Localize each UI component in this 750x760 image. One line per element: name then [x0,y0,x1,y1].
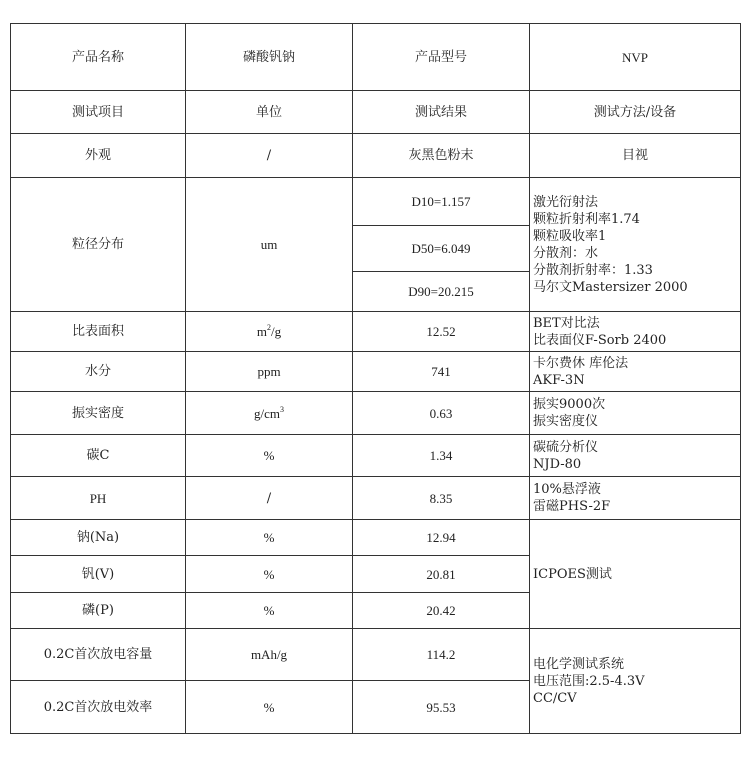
method-line: 卡尔费休 库伦法 [533,355,740,372]
method-cell: 振实9000次 振实密度仪 [530,392,741,435]
table-row-capacity: 0.2C首次放电容量 mAh/g 114.2 电化学测试系统 电压范围:2.5-… [11,629,741,681]
item-cell: 0.2C首次放电效率 [11,681,186,734]
result-cell: 1.34 [353,435,530,477]
unit-cell: mAh/g [186,629,353,681]
method-line: AKF-3N [533,372,740,389]
unit-cell: % [186,435,353,477]
table-row-tap-density: 振实密度 g/cm3 0.63 振实9000次 振实密度仪 [11,392,741,435]
method-line: CC/CV [533,690,740,707]
method-cell: 卡尔费休 库伦法 AKF-3N [530,352,741,392]
method-line: 雷磁PHS-2F [533,498,740,515]
result-cell: 0.63 [353,392,530,435]
method-line: 颗粒折射利率1.74 [533,211,740,228]
method-line: 振实密度仪 [533,413,740,430]
result-cell: 8.35 [353,477,530,520]
method-line: 10%悬浮液 [533,481,740,498]
unit-cell: % [186,556,353,593]
method-line: 分散剂折射率：1.33 [533,262,740,279]
method-line: 振实9000次 [533,396,740,413]
method-line: 电压范围:2.5-4.3V [533,673,740,690]
item-cell: PH [11,477,186,520]
result-cell-d50: D50=6.049 [353,226,530,272]
method-line: 分散剂：水 [533,245,740,262]
method-line: 碳硫分析仪 [533,439,740,456]
item-cell: 外观 [11,134,186,178]
item-cell: 磷(P) [11,593,186,629]
column-header-item: 测试项目 [11,91,186,134]
unit-cell: % [186,520,353,556]
product-model-value: NVP [530,24,741,91]
unit-cell: um [186,178,353,312]
table-row-moisture: 水分 ppm 741 卡尔费休 库伦法 AKF-3N [11,352,741,392]
unit-cell: / [186,134,353,178]
table-header-row: 测试项目 单位 测试结果 测试方法/设备 [11,91,741,134]
result-cell: 741 [353,352,530,392]
unit-cell: g/cm3 [186,392,353,435]
item-cell: 钠(Na) [11,520,186,556]
table-row-psd: 粒径分布 um D10=1.157 激光衍射法 颗粒折射利率1.74 颗粒吸收率… [11,178,741,226]
table-row-ph: PH / 8.35 10%悬浮液 雷磁PHS-2F [11,477,741,520]
column-header-unit: 单位 [186,91,353,134]
method-cell-icp: ICPOES测试 [530,520,741,629]
unit-cell: % [186,681,353,734]
method-line: 马尔文Mastersizer 2000 [533,279,740,296]
unit-cell: % [186,593,353,629]
table-row-sodium: 钠(Na) % 12.94 ICPOES测试 [11,520,741,556]
result-cell: 20.81 [353,556,530,593]
item-cell: 比表面积 [11,312,186,352]
table-row-bet: 比表面积 m2/g 12.52 BET对比法 比表面仪F-Sorb 2400 [11,312,741,352]
method-cell: 碳硫分析仪 NJD-80 [530,435,741,477]
method-cell: 激光衍射法 颗粒折射利率1.74 颗粒吸收率1 分散剂：水 分散剂折射率：1.3… [530,178,741,312]
item-cell: 水分 [11,352,186,392]
table-row-appearance: 外观 / 灰黑色粉末 目视 [11,134,741,178]
unit-cell: m2/g [186,312,353,352]
product-spec-table: 产品名称 磷酸钒钠 产品型号 NVP 测试项目 单位 测试结果 测试方法/设备 … [10,23,741,734]
item-cell: 碳C [11,435,186,477]
product-name-label: 产品名称 [11,24,186,91]
item-cell: 振实密度 [11,392,186,435]
method-line: 电化学测试系统 [533,656,740,673]
result-cell: 95.53 [353,681,530,734]
result-cell-d10: D10=1.157 [353,178,530,226]
result-cell: 灰黑色粉末 [353,134,530,178]
table-row-product: 产品名称 磷酸钒钠 产品型号 NVP [11,24,741,91]
method-cell: BET对比法 比表面仪F-Sorb 2400 [530,312,741,352]
result-cell: 20.42 [353,593,530,629]
result-cell: 12.52 [353,312,530,352]
method-cell: 目视 [530,134,741,178]
method-line: 颗粒吸收率1 [533,228,740,245]
method-cell: 10%悬浮液 雷磁PHS-2F [530,477,741,520]
method-line: 比表面仪F-Sorb 2400 [533,332,740,349]
column-header-method: 测试方法/设备 [530,91,741,134]
method-cell-echem: 电化学测试系统 电压范围:2.5-4.3V CC/CV [530,629,741,734]
method-line: BET对比法 [533,315,740,332]
product-model-label: 产品型号 [353,24,530,91]
result-cell: 114.2 [353,629,530,681]
unit-cell: / [186,477,353,520]
product-name-value: 磷酸钒钠 [186,24,353,91]
item-cell: 钒(V) [11,556,186,593]
result-cell-d90: D90=20.215 [353,272,530,312]
item-cell: 粒径分布 [11,178,186,312]
item-cell: 0.2C首次放电容量 [11,629,186,681]
column-header-result: 测试结果 [353,91,530,134]
unit-cell: ppm [186,352,353,392]
table-row-carbon: 碳C % 1.34 碳硫分析仪 NJD-80 [11,435,741,477]
method-line: NJD-80 [533,456,740,473]
result-cell: 12.94 [353,520,530,556]
method-line: 激光衍射法 [533,194,740,211]
